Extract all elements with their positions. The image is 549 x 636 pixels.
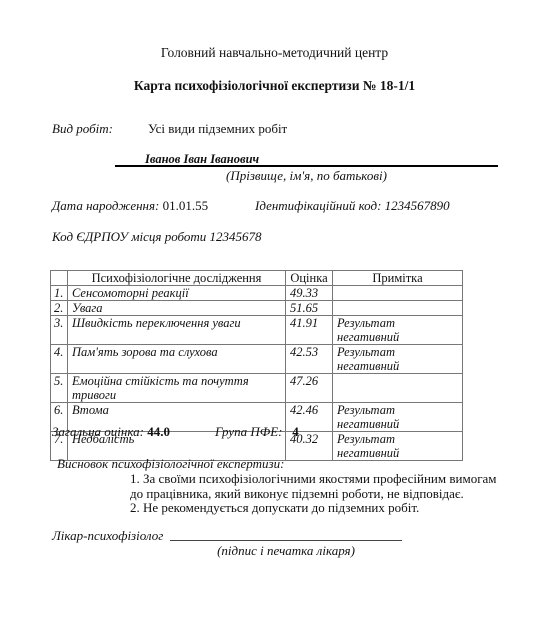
name-caption: (Прізвище, ім'я, по батькові) bbox=[115, 168, 498, 184]
note bbox=[333, 374, 463, 403]
birth-date-label: Дата народження: bbox=[52, 198, 159, 213]
conclusion-line: 1. За своїми психофізіологічними якостям… bbox=[130, 471, 497, 487]
study-name: Сенсомоторні реакції bbox=[68, 286, 286, 301]
note: Результат негативний bbox=[333, 403, 463, 432]
conclusion-line: 2. Не рекомендується допускати до підзем… bbox=[130, 500, 419, 516]
signature-caption: (підпис і печатка лікаря) bbox=[170, 543, 402, 559]
row-number: 1. bbox=[51, 286, 68, 301]
total-score-value: 44.0 bbox=[147, 424, 170, 439]
work-type-value: Усі види підземних робіт bbox=[148, 121, 287, 137]
score: 41.91 bbox=[286, 316, 333, 345]
organization-name: Головний навчально-методичний центр bbox=[0, 45, 549, 61]
score: 51.65 bbox=[286, 301, 333, 316]
id-code: Ідентифікаційний код: 1234567890 bbox=[255, 198, 450, 214]
document-title: Карта психофізіологічної експертизи № 18… bbox=[0, 78, 549, 94]
header-study: Психофізіологічне дослідження bbox=[68, 271, 286, 286]
name-underline bbox=[115, 165, 498, 167]
row-number: 2. bbox=[51, 301, 68, 316]
note: Результат негативний bbox=[333, 345, 463, 374]
edrpou-value: 12345678 bbox=[210, 229, 262, 244]
edrpou-code: Код ЄДРПОУ місця роботи 12345678 bbox=[52, 229, 262, 245]
pfe-group: Група ПФЕ: 4 bbox=[215, 424, 299, 440]
doctor-label: Лікар-психофізіолог bbox=[52, 528, 163, 544]
row-number: 3. bbox=[51, 316, 68, 345]
note: Результат негативний bbox=[333, 432, 463, 461]
study-name: Пам'ять зорова та слухова bbox=[68, 345, 286, 374]
edrpou-label: Код ЄДРПОУ місця роботи bbox=[52, 229, 206, 244]
total-score: Загальна оцінка: 44.0 bbox=[52, 424, 170, 440]
score: 49.33 bbox=[286, 286, 333, 301]
conclusion-label: Висновок психофізіологічної експертизи: bbox=[57, 456, 284, 472]
pfe-group-value: 4 bbox=[292, 424, 299, 439]
table-header-row: Психофізіологічне дослідження Оцінка При… bbox=[51, 271, 463, 286]
table-row: 4.Пам'ять зорова та слухова42.53Результа… bbox=[51, 345, 463, 374]
header-num bbox=[51, 271, 68, 286]
note bbox=[333, 301, 463, 316]
work-type-label: Вид робіт: bbox=[52, 121, 113, 137]
id-code-value: 1234567890 bbox=[385, 198, 450, 213]
table-row: 3.Швидкість переключення уваги41.91Резул… bbox=[51, 316, 463, 345]
study-name: Увага bbox=[68, 301, 286, 316]
score: 47.26 bbox=[286, 374, 333, 403]
score: 42.53 bbox=[286, 345, 333, 374]
row-number: 4. bbox=[51, 345, 68, 374]
birth-date: Дата народження: 01.01.55 bbox=[52, 198, 208, 214]
note: Результат негативний bbox=[333, 316, 463, 345]
total-score-label: Загальна оцінка: bbox=[52, 424, 144, 439]
header-score: Оцінка bbox=[286, 271, 333, 286]
study-name: Швидкість переключення уваги bbox=[68, 316, 286, 345]
study-name: Емоційна стійкість та почуття тривоги bbox=[68, 374, 286, 403]
row-number: 5. bbox=[51, 374, 68, 403]
table-row: 2.Увага51.65 bbox=[51, 301, 463, 316]
note bbox=[333, 286, 463, 301]
id-code-label: Ідентифікаційний код: bbox=[255, 198, 381, 213]
table-row: 1.Сенсомоторні реакції49.33 bbox=[51, 286, 463, 301]
table-row: 5.Емоційна стійкість та почуття тривоги4… bbox=[51, 374, 463, 403]
signature-line bbox=[170, 540, 402, 541]
header-note: Примітка bbox=[333, 271, 463, 286]
birth-date-value: 01.01.55 bbox=[163, 198, 209, 213]
pfe-group-label: Група ПФЕ: bbox=[215, 424, 283, 439]
